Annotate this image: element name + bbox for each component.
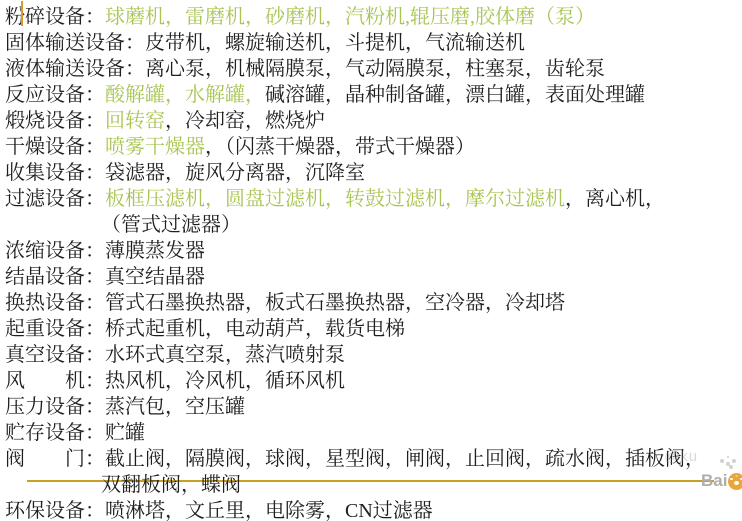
category-label: 干燥设备： xyxy=(5,136,105,158)
equipment-items: 球蘑机，雷磨机，砂磨机，汽粉机,辊压磨,胶体磨（泵） xyxy=(105,6,595,28)
equipment-items: 袋滤器，旋风分离器，沉降室 xyxy=(105,162,365,184)
equipment-items: 水环式真空泵，蒸汽喷射泵 xyxy=(105,344,345,366)
equipment-line: 煅烧设备：回转窑，冷却窑，燃烧炉 xyxy=(5,108,742,134)
category-label: 过滤设备： xyxy=(5,188,105,210)
equipment-items: 喷淋塔，文丘里，电除雾，CN过滤器 xyxy=(105,500,433,521)
category-label: 固体输送设备： xyxy=(5,32,145,54)
category-label: 环保设备： xyxy=(5,500,105,521)
category-label: 阀 门： xyxy=(5,448,105,470)
equipment-items: 薄膜蒸发器 xyxy=(105,240,205,262)
category-label: 收集设备： xyxy=(5,162,105,184)
equipment-line: 风 机：热风机，冷风机，循环风机 xyxy=(5,368,742,394)
equipment-line: 收集设备：袋滤器，旋风分离器，沉降室 xyxy=(5,160,742,186)
equipment-line: 浓缩设备：薄膜蒸发器 xyxy=(5,238,742,264)
category-label: 粉碎设备： xyxy=(5,6,105,28)
equipment-items: 热风机，冷风机，循环风机 xyxy=(105,370,345,392)
equipment-items: 酸解罐，水解罐， xyxy=(105,84,265,106)
equipment-items: ，离心机， xyxy=(565,188,665,210)
equipment-items: 皮带机，螺旋输送机，斗提机，气流输送机 xyxy=(145,32,525,54)
equipment-items: （管式过滤器） xyxy=(101,214,241,236)
watermark-username: @ku xyxy=(664,448,698,465)
category-label: 压力设备： xyxy=(5,396,105,418)
baidu-watermark: Bai xyxy=(701,471,742,491)
equipment-line: 换热设备：管式石墨换热器，板式石墨换热器，空冷器，冷却塔 xyxy=(5,290,742,316)
paw-print-icon xyxy=(726,462,730,466)
text-cursor xyxy=(21,1,23,26)
category-label: 贮存设备： xyxy=(5,422,105,444)
category-label: 真空设备： xyxy=(5,344,105,366)
equipment-line: 反应设备：酸解罐，水解罐，碱溶罐，晶种制备罐，漂白罐，表面处理罐 xyxy=(5,82,742,108)
equipment-items: 喷雾干燥器 xyxy=(105,136,205,158)
category-label: 起重设备： xyxy=(5,318,105,340)
equipment-items: ，（闪蒸干燥器，带式干燥器） xyxy=(205,136,475,158)
equipment-line: 液体输送设备：离心泵，机械隔膜泵，气动隔膜泵，柱塞泵，齿轮泵 xyxy=(5,56,742,82)
equipment-line: 固体输送设备：皮带机，螺旋输送机，斗提机，气流输送机 xyxy=(5,30,742,56)
category-label: 结晶设备： xyxy=(5,266,105,288)
equipment-items: ，冷却窑，燃烧炉 xyxy=(165,110,325,132)
equipment-items: 板框压滤机，圆盘过滤机，转鼓过滤机，摩尔过滤机 xyxy=(105,188,565,210)
category-label: 液体输送设备： xyxy=(5,58,145,80)
category-label: 换热设备： xyxy=(5,292,105,314)
equipment-items: 离心泵，机械隔膜泵，气动隔膜泵，柱塞泵，齿轮泵 xyxy=(145,58,605,80)
equipment-items: 贮罐 xyxy=(105,422,145,444)
equipment-items: 桥式起重机，电动葫芦，载货电梯 xyxy=(105,318,405,340)
equipment-line: 过滤设备：板框压滤机，圆盘过滤机，转鼓过滤机，摩尔过滤机，离心机， xyxy=(5,186,742,212)
equipment-line: 粉碎设备：球蘑机，雷磨机，砂磨机，汽粉机,辊压磨,胶体磨（泵） xyxy=(5,4,742,30)
equipment-items: 双翻板阀，蝶阀 xyxy=(101,474,241,496)
equipment-line: 起重设备：桥式起重机，电动葫芦，载货电梯 xyxy=(5,316,742,342)
equipment-line: 真空设备：水环式真空泵，蒸汽喷射泵 xyxy=(5,342,742,368)
equipment-line: 环保设备：喷淋塔，文丘里，电除雾，CN过滤器 xyxy=(5,498,742,521)
category-label: 浓缩设备： xyxy=(5,240,105,262)
category-label: 反应设备： xyxy=(5,84,105,106)
equipment-line: 贮存设备：贮罐 xyxy=(5,420,742,446)
equipment-line: （管式过滤器） xyxy=(5,212,742,238)
category-label: 风 机： xyxy=(5,370,105,392)
equipment-line: 双翻板阀，蝶阀 xyxy=(5,472,742,498)
equipment-items: 管式石墨换热器，板式石墨换热器，空冷器，冷却塔 xyxy=(105,292,565,314)
equipment-lines: 粉碎设备：球蘑机，雷磨机，砂磨机，汽粉机,辊压磨,胶体磨（泵）固体输送设备：皮带… xyxy=(5,4,742,521)
equipment-line: 压力设备：蒸汽包，空压罐 xyxy=(5,394,742,420)
equipment-line: 阀 门：截止阀，隔膜阀，球阀，星型阀，闸阀，止回阀，疏水阀，插板阀， xyxy=(5,446,742,472)
category-label: 煅烧设备： xyxy=(5,110,105,132)
equipment-items: 真空结晶器 xyxy=(105,266,205,288)
equipment-items: 截止阀，隔膜阀，球阀，星型阀，闸阀，止回阀，疏水阀，插板阀， xyxy=(105,448,705,470)
equipment-line: 干燥设备：喷雾干燥器，（闪蒸干燥器，带式干燥器） xyxy=(5,134,742,160)
equipment-items: 碱溶罐，晶种制备罐，漂白罐，表面处理罐 xyxy=(265,84,645,106)
equipment-line: 结晶设备：真空结晶器 xyxy=(5,264,742,290)
equipment-items: 回转窑 xyxy=(105,110,165,132)
baidu-watermark-text: Bai xyxy=(701,471,727,491)
equipment-list-document: 粉碎设备：球蘑机，雷磨机，砂磨机，汽粉机,辊压磨,胶体磨（泵）固体输送设备：皮带… xyxy=(0,0,742,521)
baidu-paw-icon xyxy=(728,473,742,490)
equipment-items: 蒸汽包，空压罐 xyxy=(105,396,245,418)
